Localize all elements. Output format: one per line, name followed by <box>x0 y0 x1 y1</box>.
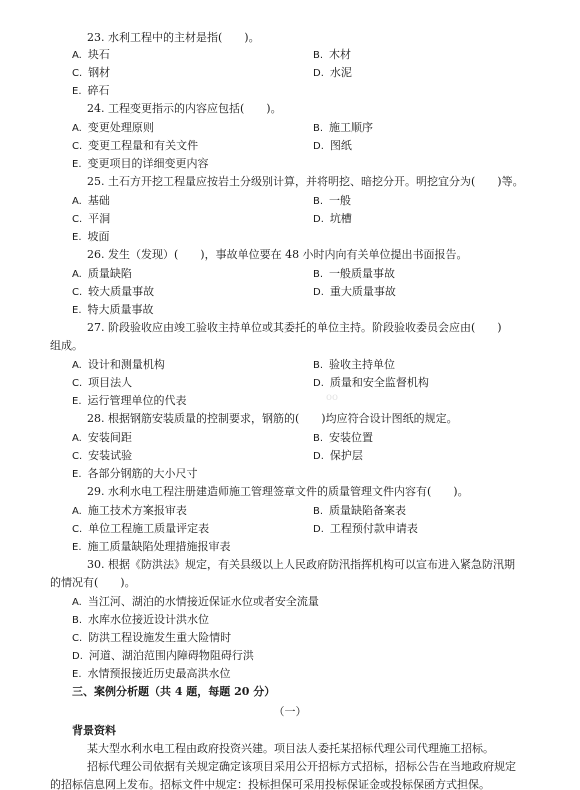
option-text: 图纸 <box>330 139 352 152</box>
option-text: 施工质量缺陷处理措施报审表 <box>88 540 231 553</box>
option-text: 碎石 <box>88 84 110 97</box>
q30-option-c: C.防洪工程设施发生重大险情时 <box>72 630 231 647</box>
option-label: B. <box>313 358 323 374</box>
option-label: E. <box>72 230 82 246</box>
q28-option-a: A.安装间距 <box>72 430 132 447</box>
question-27-stem: 27. 阶段验收应由竣工验收主持单位或其委托的单位主持。阶段验收委员会应由( ) <box>87 320 502 336</box>
option-text: 验收主持单位 <box>329 358 395 371</box>
option-label: B. <box>313 48 323 64</box>
q28-option-b: B.安装位置 <box>313 430 373 447</box>
option-label: D. <box>313 449 324 465</box>
option-label: D. <box>313 139 324 155</box>
option-text: 块石 <box>88 48 110 61</box>
option-text: 平洞 <box>88 212 110 225</box>
q26-option-e: E.特大质量事故 <box>72 302 154 319</box>
option-text: 安装试验 <box>88 449 132 462</box>
option-text: 质量缺陷备案表 <box>329 504 406 517</box>
option-text: 工程预付款申请表 <box>330 522 418 535</box>
option-label: A. <box>72 194 82 210</box>
option-text: 变更项目的详细变更内容 <box>88 157 209 170</box>
q29-option-d: D.工程预付款申请表 <box>313 521 418 538</box>
option-label: B. <box>313 504 323 520</box>
option-label: E. <box>72 84 82 100</box>
q25-option-b: B.一般 <box>313 193 351 210</box>
q23-option-d: D.水泥 <box>313 65 352 82</box>
q25-option-e: E.坡面 <box>72 229 110 246</box>
q24-option-e: E.变更项目的详细变更内容 <box>72 156 209 173</box>
option-label: A. <box>72 48 82 64</box>
section-title: 三、案例分析题（共 4 题，每题 20 分） <box>72 684 275 700</box>
option-text: 变更工程量和有关文件 <box>88 139 198 152</box>
option-text: 水库水位接近设计洪水位 <box>88 613 209 626</box>
option-text: 质量和安全监督机构 <box>330 376 429 389</box>
q23-option-c: C.钢材 <box>72 65 110 82</box>
q29-option-b: B.质量缺陷备案表 <box>313 503 406 520</box>
case-number: （一） <box>0 704 580 720</box>
question-25-stem: 25. 土石方开挖工程量应按岩土分级别计算，并将明挖、暗挖分开。明挖宜分为( )… <box>87 174 524 190</box>
option-label: C. <box>72 139 82 155</box>
option-text: 坡面 <box>88 230 110 243</box>
option-label: D. <box>313 376 324 392</box>
background-paragraph-2: 招标代理公司依据有关规定确定该项目采用公开招标方式招标，招标公告在当地政府规定 <box>87 759 516 775</box>
option-label: D. <box>72 649 83 665</box>
q29-option-a: A.施工技术方案报审表 <box>72 503 187 520</box>
option-label: A. <box>72 358 82 374</box>
q25-option-c: C.平洞 <box>72 211 110 228</box>
q26-option-a: A.质量缺陷 <box>72 266 132 283</box>
q26-option-d: D.重大质量事故 <box>313 284 396 301</box>
q27-option-d: D.质量和安全监督机构 <box>313 375 429 392</box>
option-text: 设计和测量机构 <box>88 358 165 371</box>
option-label: A. <box>72 121 82 137</box>
option-text: 施工顺序 <box>329 121 373 134</box>
q25-option-d: D.坑槽 <box>313 211 352 228</box>
q24-option-c: C.变更工程量和有关文件 <box>72 138 198 155</box>
option-text: 各部分钢筋的大小尺寸 <box>88 467 198 480</box>
q24-option-b: B.施工顺序 <box>313 120 373 137</box>
option-label: D. <box>313 212 324 228</box>
q23-option-a: A.块石 <box>72 47 110 64</box>
option-label: D. <box>313 66 324 82</box>
faint-watermark: oo <box>326 392 348 406</box>
q28-option-d: D.保护层 <box>313 448 363 465</box>
option-text: 保护层 <box>330 449 363 462</box>
question-27-stem-continued: 组成。 <box>50 338 83 354</box>
question-30-stem-continued: 的情况有( )。 <box>50 575 136 591</box>
option-label: E. <box>72 157 82 173</box>
option-label: B. <box>72 613 82 629</box>
q30-option-e: E.水情预报接近历史最高洪水位 <box>72 666 231 683</box>
q27-option-b: B.验收主持单位 <box>313 357 395 374</box>
q26-option-c: C.较大质量事故 <box>72 284 154 301</box>
option-text: 质量缺陷 <box>88 267 132 280</box>
option-label: C. <box>72 522 82 538</box>
q23-option-e: E.碎石 <box>72 83 110 100</box>
q28-option-e: E.各部分钢筋的大小尺寸 <box>72 466 198 483</box>
option-text: 当江河、湖泊的水情接近保证水位或者安全流量 <box>88 595 319 608</box>
option-text: 防洪工程设施发生重大险情时 <box>88 631 231 644</box>
q25-option-a: A.基础 <box>72 193 110 210</box>
question-29-stem: 29. 水利水电工程注册建造师施工管理签章文件的质量管理文件内容有( )。 <box>87 484 469 500</box>
option-text: 施工技术方案报审表 <box>88 504 187 517</box>
q26-option-b: B.一般质量事故 <box>313 266 395 283</box>
option-text: 变更处理原则 <box>88 121 154 134</box>
option-text: 较大质量事故 <box>88 285 154 298</box>
option-text: 钢材 <box>88 66 110 79</box>
q29-option-c: C.单位工程施工质量评定表 <box>72 521 209 538</box>
option-text: 单位工程施工质量评定表 <box>88 522 209 535</box>
option-label: D. <box>313 285 324 301</box>
option-label: E. <box>72 467 82 483</box>
option-label: C. <box>72 376 82 392</box>
option-label: C. <box>72 449 82 465</box>
option-text: 河道、湖泊范围内障碍物阻碍行洪 <box>89 649 254 662</box>
option-label: A. <box>72 267 82 283</box>
option-label: B. <box>313 267 323 283</box>
option-text: 水泥 <box>330 66 352 79</box>
question-28-stem: 28. 根据钢筋安装质量的控制要求，钢筋的( )均应符合设计图纸的规定。 <box>87 411 458 427</box>
option-label: E. <box>72 303 82 319</box>
option-label: E. <box>72 394 82 410</box>
option-label: A. <box>72 504 82 520</box>
question-24-stem: 24. 工程变更指示的内容应包括( )。 <box>87 101 282 117</box>
q29-option-e: E.施工质量缺陷处理措施报审表 <box>72 539 231 556</box>
option-text: 项目法人 <box>88 376 132 389</box>
q28-option-c: C.安装试验 <box>72 448 132 465</box>
option-text: 特大质量事故 <box>88 303 154 316</box>
option-text: 安装位置 <box>329 431 373 444</box>
q24-option-a: A.变更处理原则 <box>72 120 154 137</box>
option-label: B. <box>313 121 323 137</box>
question-23-stem: 23. 水利工程中的主材是指( )。 <box>87 30 260 46</box>
q27-option-e: E.运行管理单位的代表 <box>72 393 187 410</box>
option-text: 基础 <box>88 194 110 207</box>
option-label: E. <box>72 667 82 683</box>
option-label: A. <box>72 595 82 611</box>
q30-option-d: D.河道、湖泊范围内障碍物阻碍行洪 <box>72 648 254 665</box>
option-label: C. <box>72 631 82 647</box>
option-text: 水情预报接近历史最高洪水位 <box>88 667 231 680</box>
background-heading: 背景资料 <box>72 723 116 739</box>
option-label: B. <box>313 194 323 210</box>
q27-option-c: C.项目法人 <box>72 375 132 392</box>
option-text: 一般 <box>329 194 351 207</box>
q27-option-a: A.设计和测量机构 <box>72 357 165 374</box>
background-paragraph-2-continued: 的招标信息网上发布。招标文件中规定：投标担保可采用投标保证金或投标保函方式担保。 <box>50 777 490 790</box>
option-label: C. <box>72 66 82 82</box>
option-label: E. <box>72 540 82 556</box>
option-text: 安装间距 <box>88 431 132 444</box>
q24-option-d: D.图纸 <box>313 138 352 155</box>
option-label: D. <box>313 522 324 538</box>
option-label: C. <box>72 285 82 301</box>
option-text: 木材 <box>329 48 351 61</box>
option-label: A. <box>72 431 82 447</box>
q30-option-b: B.水库水位接近设计洪水位 <box>72 612 209 629</box>
option-text: 重大质量事故 <box>330 285 396 298</box>
option-text: 一般质量事故 <box>329 267 395 280</box>
q23-option-b: B.木材 <box>313 47 351 64</box>
option-label: B. <box>313 431 323 447</box>
question-30-stem: 30. 根据《防洪法》规定，有关县级以上人民政府防汛指挥机构可以宣布进入紧急防汛… <box>87 557 515 573</box>
background-paragraph-1: 某大型水利水电工程由政府投资兴建。项目法人委托某招标代理公司代理施工招标。 <box>87 741 494 757</box>
option-text: 运行管理单位的代表 <box>88 394 187 407</box>
question-26-stem: 26. 发生（发现）( )，事故单位要在 48 小时内向有关单位提出书面报告。 <box>87 247 468 263</box>
option-label: C. <box>72 212 82 228</box>
option-text: 坑槽 <box>330 212 352 225</box>
q30-option-a: A.当江河、湖泊的水情接近保证水位或者安全流量 <box>72 594 319 611</box>
